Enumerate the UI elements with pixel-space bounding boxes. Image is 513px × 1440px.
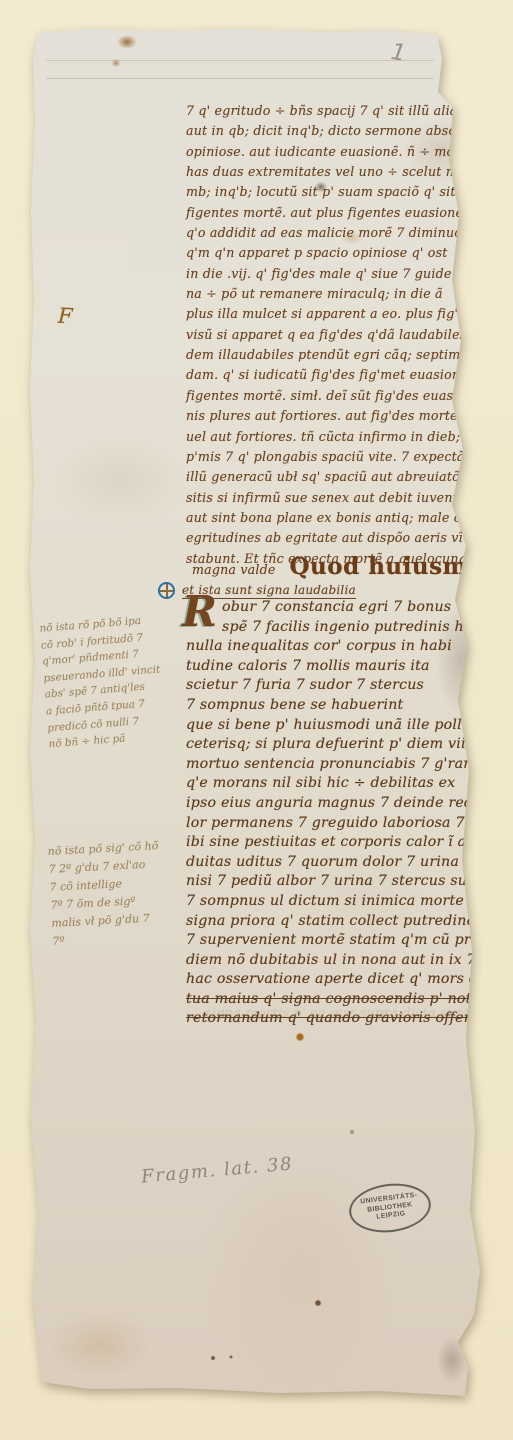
margin-gloss-lower: nõ ista põ sig' cõ hõ7 2º g'du 7 exl'ao7… (47, 837, 163, 951)
manuscript-line: visũ si apparet q ea fig'des q'dã laudab… (186, 325, 497, 345)
ruling-line (46, 60, 434, 61)
manuscript-line: diem nõ dubitabis ul in nona aut in ix 7 (186, 951, 513, 971)
margin-gloss-upper: nõ ista rõ põ bõ ipacõ rob' i fortitudõ … (39, 612, 166, 754)
library-stamp-icon: UNIVERSITÄTS- BIBLIOTHEK LEIPZIG (346, 1179, 433, 1237)
erased-text-line: signa mortis p' ea que supra dicta sunt (205, 1006, 470, 1021)
manuscript-line: spẽ 7 facilis ingenio putredinis hĩ (222, 618, 513, 638)
manuscript-line: plus illa mulcet si apparent a eo. plus … (186, 304, 497, 324)
manuscript-line: mb; inq'b; locutũ sit p' suam spaciõ q' … (186, 182, 497, 202)
manuscript-line: q'o addidit ad eas malicie morẽ 7 diminu… (186, 223, 497, 243)
manuscript-line: 7 q' egritudo ÷ bñs spacij 7 q' sit illũ… (186, 101, 497, 121)
main-text-upper-block: 7 q' egritudo ÷ bñs spacij 7 q' sit illũ… (186, 101, 497, 569)
manuscript-line: uel aut fortiores. tñ cũcta infirmo in d… (186, 427, 497, 447)
manuscript-line: tudine caloris 7 mollis mauris ita (186, 657, 513, 677)
manuscript-line: que si bene p' huiusmodi unã ille pollic… (186, 716, 513, 736)
ruling-line (46, 78, 434, 79)
manuscript-line: ipso eius anguria magnus 7 deinde redo (186, 794, 513, 814)
manuscript-line: in die .vij. q' fig'des male q' siue 7 g… (186, 264, 497, 284)
manuscript-line: 7 sompnus bene se habuerint (186, 696, 513, 716)
manuscript-line: sitis si infirmũ sue senex aut debit iuv… (186, 488, 497, 508)
manuscript-line: scietur 7 furia 7 sudor 7 stercus (186, 676, 513, 696)
decorated-initial-icon (158, 582, 175, 599)
manuscript-line: egritudines ab egritate aut dispõo aeris… (186, 528, 497, 548)
manuscript-line: nulla inequalitas cor' corpus in habi (186, 637, 513, 657)
manuscript-line: dam. q' si iudicatũ fig'des fig'met euas… (186, 365, 497, 385)
shelfmark-note: Fragm. lat. 38 (140, 1153, 294, 1187)
manuscript-line: q'e morans nil sibi hic ÷ debilitas ex (186, 774, 513, 794)
manuscript-line: hac osservatione aperte dicet q' mors ce… (186, 970, 513, 990)
manuscript-line: 7 supervenient mortẽ statim q'm cũ primo (186, 931, 513, 951)
manuscript-line: opiniose. aut iudicante euasionẽ. ñ ÷ mo… (186, 142, 497, 162)
manuscript-line: lor permanens 7 greguido laboriosa 7 cur… (186, 814, 513, 834)
manuscript-line: duitas uditus 7 quorum dolor 7 urina 7 i… (186, 853, 513, 873)
manuscript-line: 7 sompnus ul dictum si inimica morte sib… (186, 892, 513, 912)
line-before-rubric: magna valde (192, 562, 276, 577)
manuscript-line: obur 7 constancia egri 7 bonus (222, 598, 513, 618)
manuscript-line: signa priora q' statim collect putredine… (186, 912, 513, 932)
manuscript-line: nisi 7 pediũ albor 7 urina 7 stercus sud… (186, 872, 513, 892)
manuscript-line: p'mis 7 q' plongabis spaciũ vite. 7 expe… (186, 447, 497, 467)
rubric-heading: Quod huiusmodi (290, 553, 510, 580)
manuscript-line: illũ generacũ ubł sq' spaciũ aut abreuia… (186, 467, 497, 487)
manuscript-line: ceterisq; si plura defuerint p' diem vii… (186, 735, 513, 755)
manuscript-line: nis plures aut fortiores. aut fig'des mo… (186, 406, 497, 426)
manuscript-line: aut sint bona plane ex bonis antiq; male… (186, 508, 497, 528)
manuscript-line: dem illaudabiles ptendũt egri cãq; septi… (186, 345, 497, 365)
manuscript-line: mortuo sentencia pronunciabis 7 g'ram q'… (186, 755, 513, 775)
manuscript-line: aut in qb; dicit inq'b; dicto sermone ab… (186, 121, 497, 141)
manuscript-line: ibi sine pestiuitas et corporis calor ĩ … (186, 833, 513, 853)
manuscript-line: na ÷ põ ut remanere miraculq; in die ã (186, 284, 497, 304)
parchment-fragment: 1 7 q' egritudo ÷ bñs spacij 7 q' sit il… (0, 0, 513, 1440)
rubric-row: magna valde Quod huiusmodi (192, 553, 509, 580)
main-text-lower-block: obur 7 constancia egri 7 bonusspẽ 7 faci… (186, 598, 513, 1029)
parchment-shadow: 1 7 q' egritudo ÷ bñs spacij 7 q' sit il… (0, 0, 513, 1440)
manuscript-line: figentes mortẽ. simł. deĩ sũt fig'des eu… (186, 386, 497, 406)
manuscript-line: figentes mortẽ. aut plus figentes euasio… (186, 203, 497, 223)
folio-number: 1 (389, 39, 408, 67)
manuscript-line: has duas extremitates vel uno ÷ scelut n… (186, 162, 497, 182)
photograph-background: 1 7 q' egritudo ÷ bñs spacij 7 q' sit il… (0, 0, 513, 1440)
paraph-mark: F (57, 304, 73, 329)
manuscript-line: q'm q'n apparet p spacio opiniose q' ost (186, 243, 497, 263)
